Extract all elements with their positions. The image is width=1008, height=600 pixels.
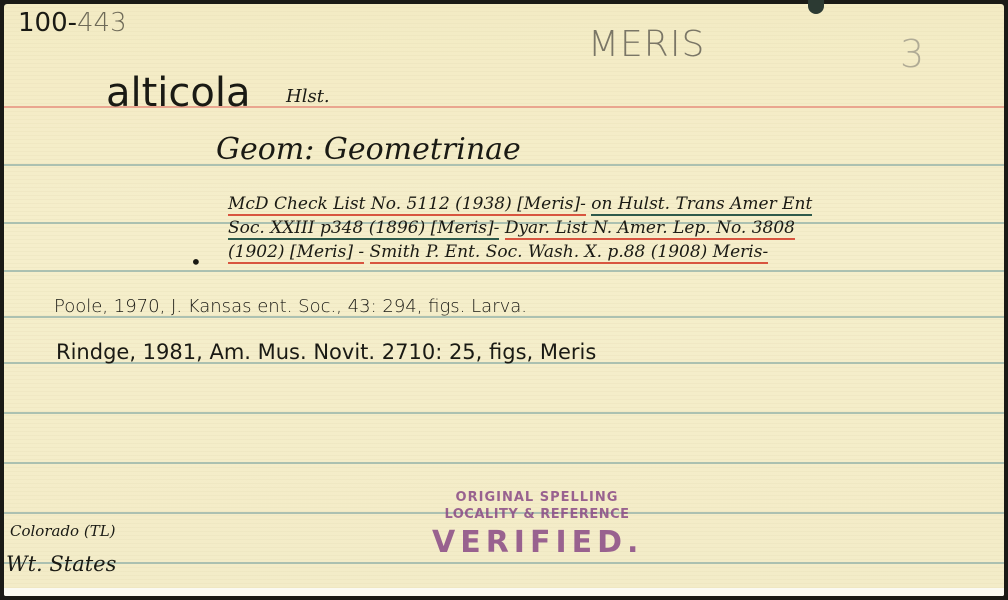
literature-rindge: Rindge, 1981, Am. Mus. Novit. 2710: 25, … [56, 340, 596, 364]
reference-smith: Smith P. Ent. Soc. Wash. X. p.88 (1908) … [370, 242, 769, 264]
species-name: alticola [106, 70, 251, 116]
type-locality: Colorado (TL) [10, 522, 116, 540]
literature-poole: Poole, 1970, J. Kansas ent. Soc., 43: 29… [54, 296, 527, 317]
ruled-line [4, 562, 1004, 564]
reference-mcd-checklist: McD Check List No. 5112 (1938) [Meris]- [228, 194, 586, 216]
distribution: Wt. States [6, 552, 116, 576]
ruled-line [4, 412, 1004, 414]
reference-hulst-1: on Hulst. Trans Amer Ent [591, 194, 812, 216]
classification: Geom: Geometrinae [216, 132, 521, 167]
verification-stamp: ORIGINAL SPELLING LOCALITY & REFERENCE V… [432, 490, 642, 562]
card-bottom-edge [4, 588, 1004, 596]
catalog-number-pencil: 443 [77, 8, 127, 38]
genus-pencil-label: MERIS [588, 24, 705, 65]
species-author: Hlst. [286, 86, 330, 107]
ruled-line [4, 462, 1004, 464]
ruled-line [4, 270, 1004, 272]
stamp-line-locality: LOCALITY & REFERENCE [432, 506, 642, 524]
stamp-line-spelling: ORIGINAL SPELLING [432, 490, 642, 506]
catalog-number: 100-443 [18, 8, 127, 38]
reference-dyar: Dyar. List N. Amer. Lep. No. 3808 [505, 218, 795, 240]
catalog-number-ink: 100- [18, 8, 77, 38]
faint-number-mark: 3 [900, 32, 924, 76]
ink-dot: • [190, 250, 202, 274]
reference-dyar-year: (1902) [Meris] - [228, 242, 364, 264]
stamp-line-verified: VERIFIED. [432, 524, 642, 562]
reference-hulst-2: Soc. XXIII p348 (1896) [Meris]- [228, 218, 499, 240]
index-card: 100-443 MERIS 3 alticola Hlst. Geom: Geo… [4, 4, 1004, 596]
